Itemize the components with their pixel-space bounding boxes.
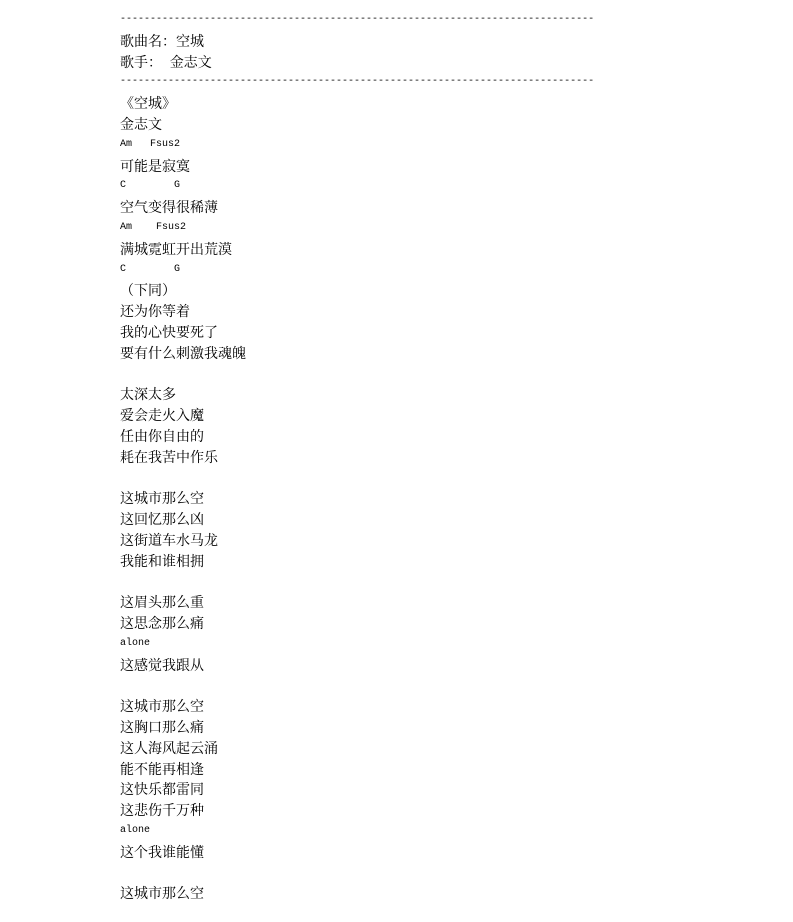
lyric-line: 任由你自由的: [120, 426, 720, 447]
lyric-line: alone: [120, 634, 720, 655]
blank-line: [120, 863, 720, 884]
lyric-line: 这人海风起云涌: [120, 738, 720, 759]
lyric-line: 能不能再相逢: [120, 759, 720, 780]
song-heading-line: 《空城》: [120, 93, 720, 114]
song-title-line: 歌曲名：空城: [120, 31, 720, 52]
lyric-line: 我能和谁相拥: [120, 551, 720, 572]
lyric-line: 还为你等着: [120, 301, 720, 322]
lyric-line: 这胸口那么痛: [120, 717, 720, 738]
lyric-line: 空气变得很稀薄: [120, 197, 720, 218]
lyric-line: 要有什么刺激我魂魄: [120, 343, 720, 364]
divider-line: ----------------------------------------…: [120, 10, 720, 31]
lyric-line: 这思念那么痛: [120, 613, 720, 634]
chord-line: C G: [120, 260, 720, 281]
blank-line: [120, 676, 720, 697]
lyric-line: 这城市那么空: [120, 696, 720, 717]
blank-line: [120, 364, 720, 385]
chord-line: C G: [120, 176, 720, 197]
lyric-line: alone: [120, 821, 720, 842]
artist-line: 歌手： 金志文: [120, 52, 720, 73]
lyric-line: 太深太多: [120, 384, 720, 405]
lyric-line: 这快乐都雷同: [120, 779, 720, 800]
lyric-line: 耗在我苦中作乐: [120, 447, 720, 468]
artist-name-line: 金志文: [120, 114, 720, 135]
lyric-line: 可能是寂寞: [120, 156, 720, 177]
lyric-line: 这城市那么空: [120, 883, 720, 904]
chord-line: Am Fsus2: [120, 135, 720, 156]
lyric-line: 这感觉我跟从: [120, 655, 720, 676]
lyric-line: 满城霓虹开出荒漠: [120, 239, 720, 260]
lyric-line: 这回忆那么凶: [120, 509, 720, 530]
blank-line: [120, 468, 720, 489]
lyric-line: 这城市那么空: [120, 488, 720, 509]
lyric-line: 爱会走火入魔: [120, 405, 720, 426]
lyric-line: 这个我谁能懂: [120, 842, 720, 863]
chord-line: Am Fsus2: [120, 218, 720, 239]
lyric-line: （下同）: [120, 280, 720, 301]
lyric-line: 这悲伤千万种: [120, 800, 720, 821]
lyric-line: 这街道车水马龙: [120, 530, 720, 551]
lyric-line: 这眉头那么重: [120, 592, 720, 613]
blank-line: [120, 572, 720, 593]
lyrics-document: ----------------------------------------…: [120, 10, 720, 904]
divider-line: ----------------------------------------…: [120, 72, 720, 93]
lyric-line: 我的心快要死了: [120, 322, 720, 343]
